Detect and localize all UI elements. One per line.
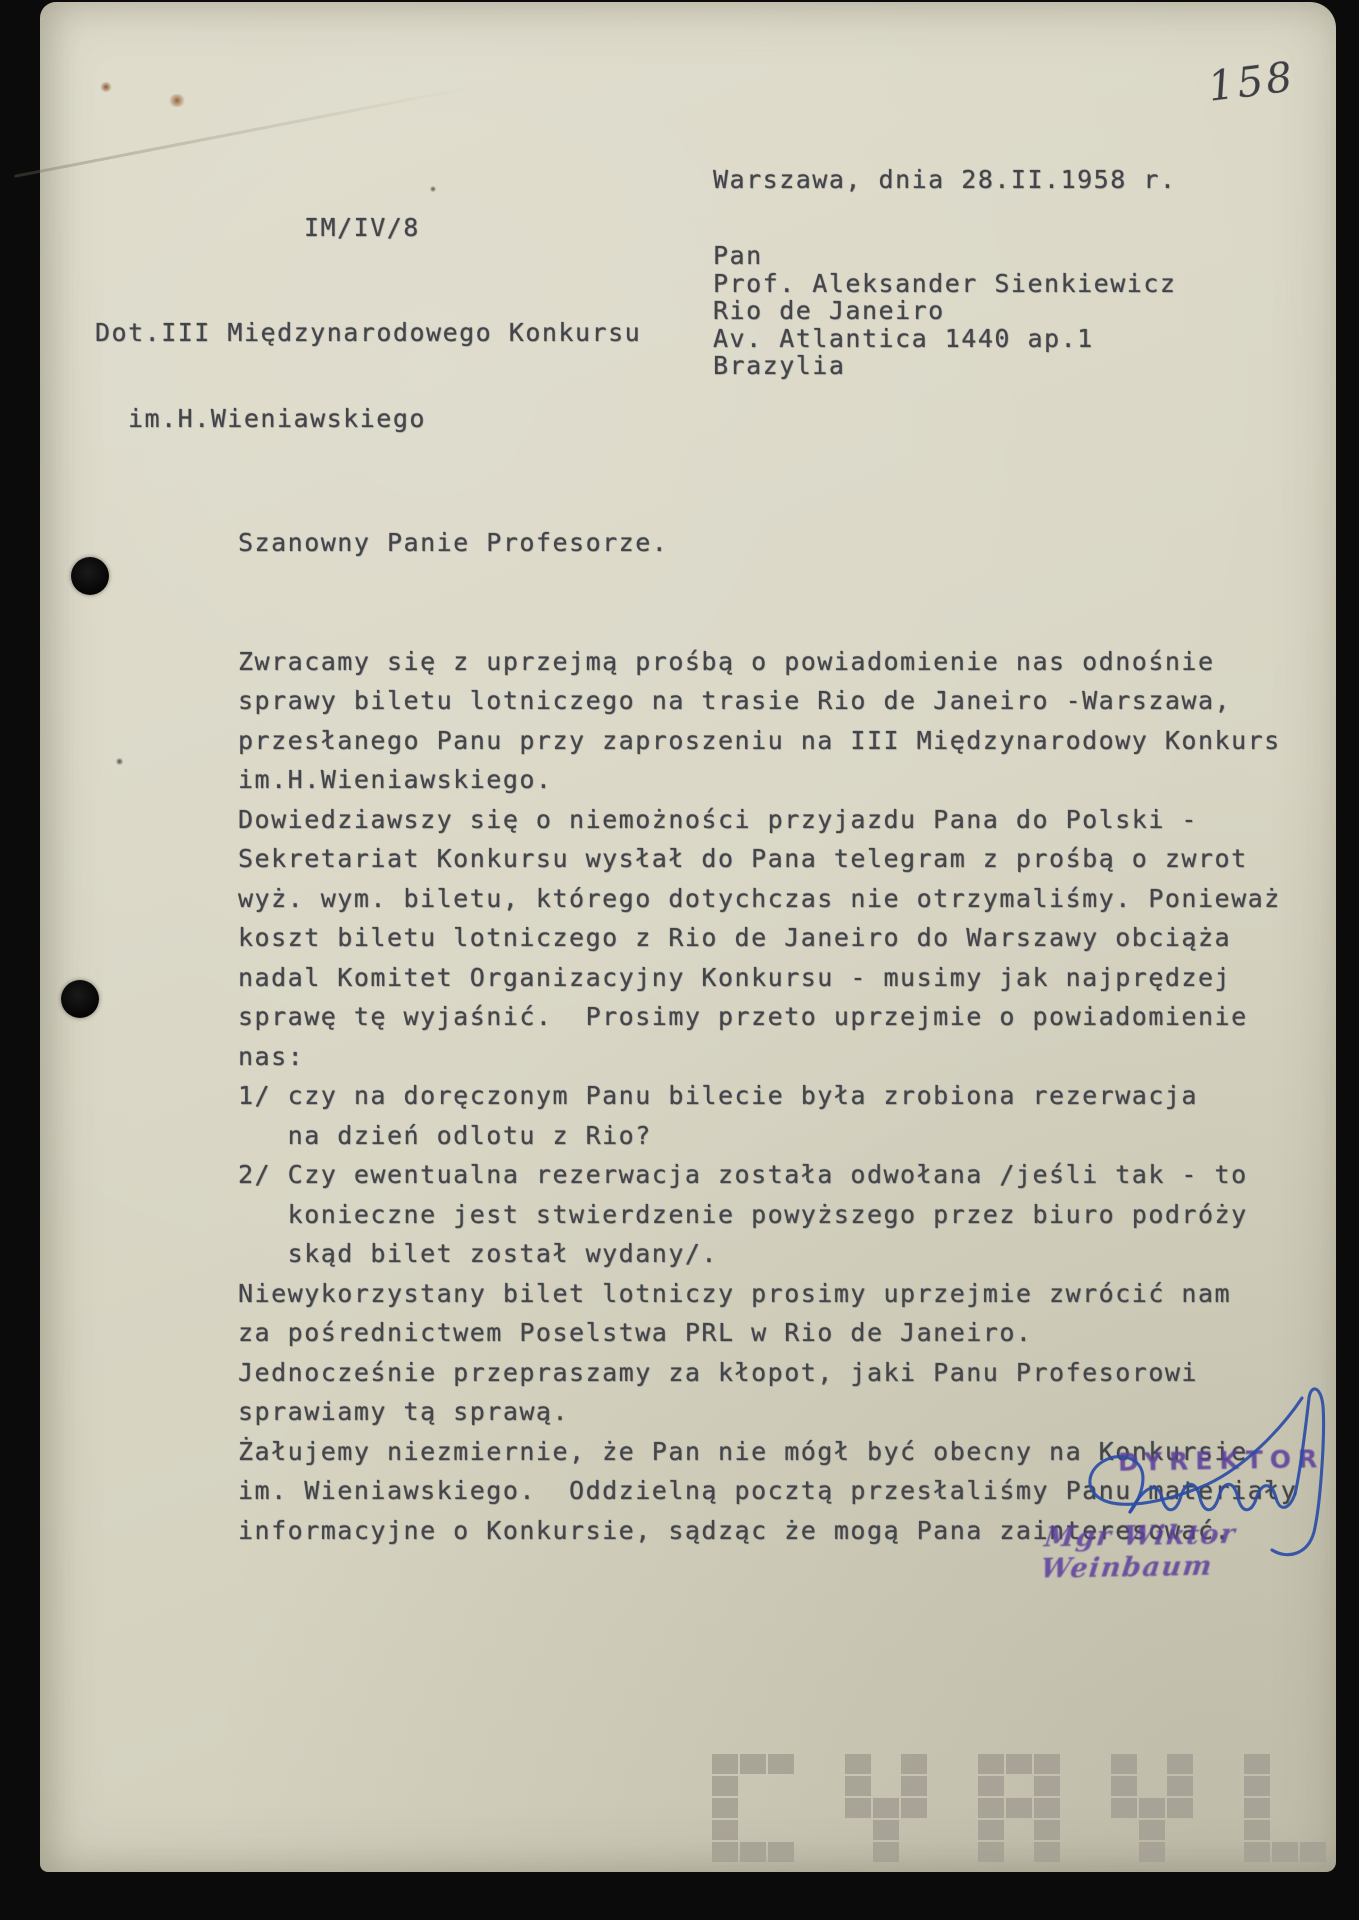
watermark-block [845,1798,871,1818]
ink-speck [430,186,436,192]
punch-hole-top [71,557,109,595]
watermark-block [978,1776,1004,1796]
body-line: na dzień odlotu z Rio? [238,1116,1297,1156]
watermark-block [978,1754,1004,1774]
scan-background: { "annotations": { "page_number": "158" … [0,0,1359,1920]
watermark-block [1139,1820,1165,1840]
body-line: Dowiedziawszy się o niemożności przyjazd… [238,800,1297,840]
watermark-block [901,1776,927,1796]
watermark-block [1167,1754,1193,1774]
watermark-block [1244,1776,1270,1796]
body-line: skąd bilet został wydany/. [238,1234,1297,1274]
watermark-block [712,1754,738,1774]
recipient-line: Rio de Janeiro [713,297,1176,325]
watermark-block [1272,1842,1298,1862]
watermark-block [1139,1842,1165,1862]
subject-line-2: im.H.Wieniawskiego [128,405,641,434]
watermark-block [1244,1798,1270,1818]
watermark-block [978,1842,1004,1862]
watermark-block [712,1798,738,1818]
watermark-block [901,1754,927,1774]
recipient-line: Prof. Aleksander Sienkiewicz [713,270,1176,298]
body-line: Zwracamy się z uprzejmą prośbą o powiado… [238,642,1297,682]
body-line: Niewykorzystany bilet lotniczy prosimy u… [238,1274,1297,1314]
watermark-block [845,1754,871,1774]
body-line: Sekretariat Konkursu wysłał do Pana tele… [238,839,1297,879]
watermark-block [873,1798,899,1818]
watermark-block [1139,1798,1165,1818]
body-line: nas: [238,1037,1297,1077]
recipient-line: Brazylia [713,352,1176,380]
watermark-block [1111,1776,1137,1796]
salutation: Szanowny Panie Profesorze. [238,523,1297,563]
recipient-line: Pan [713,242,1176,270]
letter-page: 158 Warszawa, dnia 28.II.1958 r. IM/IV/8… [40,2,1336,1872]
punch-hole-bottom [61,980,99,1018]
signature-block [1040,1382,1340,1582]
recipient-line: Av. Atlantica 1440 ap.1 [713,325,1176,353]
body-line: za pośrednictwem Poselstwa PRL w Rio de … [238,1313,1297,1353]
rust-stain [168,94,186,107]
watermark-block [1034,1798,1060,1818]
body-line: konieczne jest stwierdzenie powyższego p… [238,1195,1297,1235]
watermark-block [845,1776,871,1796]
watermark-block [1244,1820,1270,1840]
rust-stain [100,82,112,92]
watermark-block [978,1798,1004,1818]
watermark-block [712,1820,738,1840]
watermark-block [740,1754,766,1774]
watermark-block [1111,1754,1137,1774]
watermark-block [873,1842,899,1862]
body-line: im.H.Wieniawskiego. [238,760,1297,800]
body-line: 1/ czy na doręczonym Panu bilecie była z… [238,1076,1297,1116]
watermark-block [901,1798,927,1818]
fold-crease [14,85,476,178]
watermark-block [768,1754,794,1774]
ink-speck [116,758,123,765]
watermark-block [1006,1754,1032,1774]
body-line: wyż. wym. biletu, którego dotychczas nie… [238,879,1297,919]
watermark-block [1034,1776,1060,1796]
watermark-block [978,1820,1004,1840]
body-line: 2/ Czy ewentualna rezerwacja została odw… [238,1155,1297,1195]
date-line: Warszawa, dnia 28.II.1958 r. [713,160,1176,200]
watermark-block [1167,1798,1193,1818]
watermark-block [1300,1842,1326,1862]
watermark-block [1034,1820,1060,1840]
watermark-block [1244,1754,1270,1774]
body-line: nadal Komitet Organizacyjny Konkursu - m… [238,958,1297,998]
watermark-block [1167,1776,1193,1796]
watermark-block [873,1820,899,1840]
body-line: koszt biletu lotniczego z Rio de Janeiro… [238,918,1297,958]
watermark-block [1006,1798,1032,1818]
recipient-block: PanProf. Aleksander SienkiewiczRio de Ja… [713,242,1176,380]
reference-number: IM/IV/8 [304,208,420,248]
watermark-block [1034,1842,1060,1862]
subject-line-1: Dot.III Międzynarodowego Konkursu [95,319,641,348]
watermark-block [740,1842,766,1862]
signature-ink [1040,1382,1340,1582]
body-line: sprawę tę wyjaśnić. Prosimy przeto uprze… [238,997,1297,1037]
body-line: sprawy biletu lotniczego na trasie Rio d… [238,681,1297,721]
watermark-block [1034,1754,1060,1774]
watermark-block [712,1842,738,1862]
page-number-annotation: 158 [1205,53,1297,111]
watermark-block [1244,1842,1270,1862]
body-line: przesłanego Panu przy zaproszeniu na III… [238,721,1297,761]
watermark-block [712,1776,738,1796]
cyryl-watermark [712,1754,1332,1864]
watermark-block [1111,1798,1137,1818]
watermark-block [768,1842,794,1862]
